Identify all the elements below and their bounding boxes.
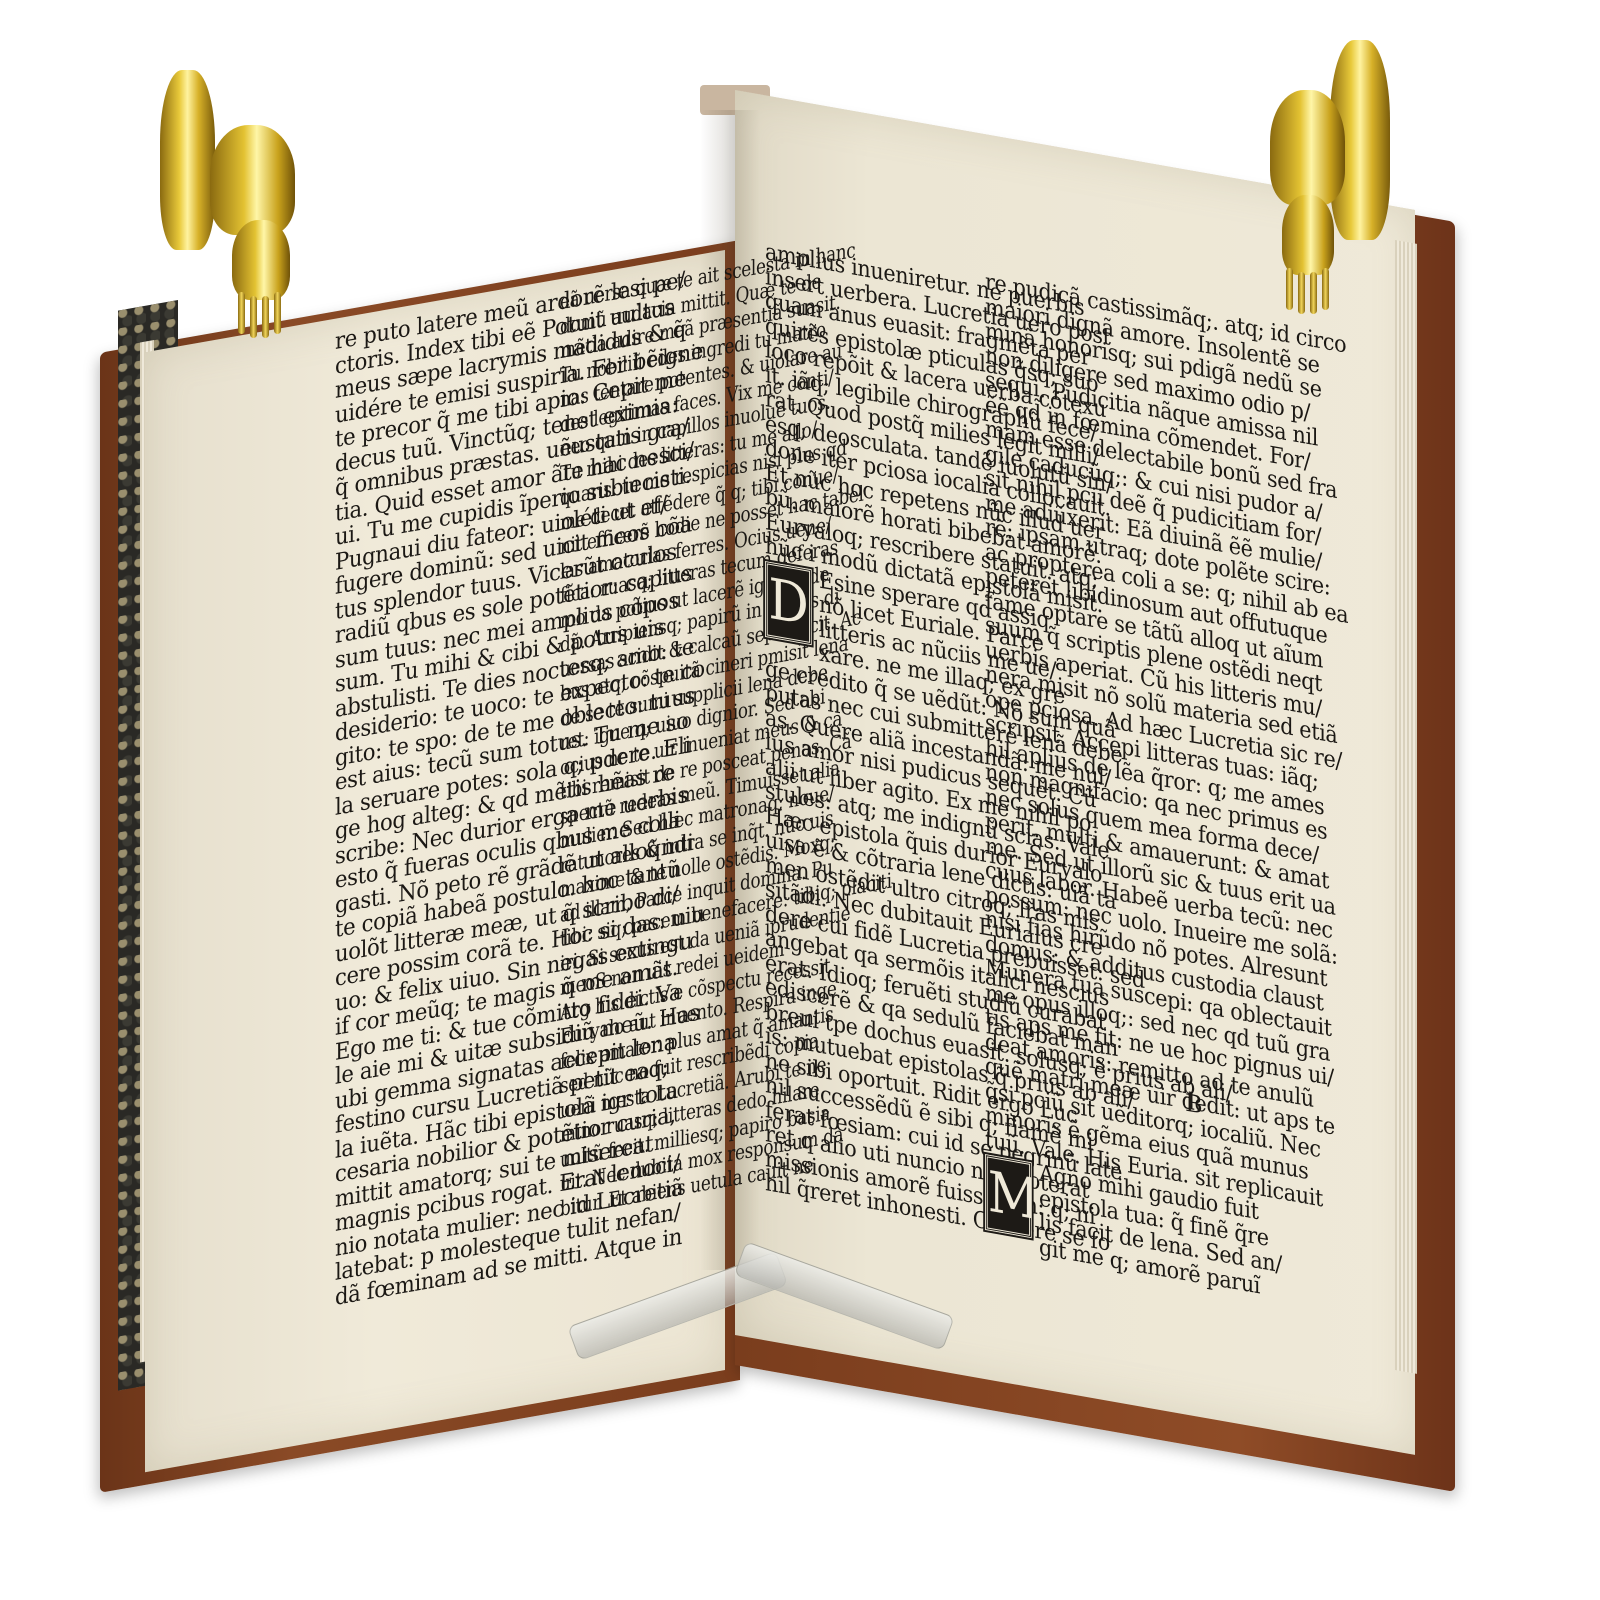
- clip-finger: [1310, 272, 1317, 314]
- clip-finger: [1322, 268, 1329, 310]
- brass-hand-clip-left: [140, 60, 310, 360]
- clip-hand: [1282, 195, 1334, 275]
- clip-finger: [1286, 268, 1293, 310]
- clip-finger: [238, 292, 245, 334]
- woodcut-initial-d: D: [765, 561, 812, 645]
- left-page-column-1: re puto latere meũ ardorẽ lesi pe/ ctori…: [335, 296, 528, 1310]
- clip-cuff: [1270, 90, 1345, 205]
- clip-finger: [1298, 272, 1305, 314]
- clip-hand: [232, 220, 290, 300]
- signature-mark: B: [1185, 1088, 1203, 1119]
- clip-cuff: [210, 125, 295, 235]
- right-page-column-1: amplius inueniretur. ne puerbis insert u…: [765, 240, 954, 1229]
- stand-arm-right: [734, 1241, 955, 1351]
- clip-stem: [160, 70, 215, 250]
- left-page-column-2: eã uersa quæ te ait scelesta in hanc dom…: [560, 265, 704, 1221]
- clip-finger: [274, 292, 281, 334]
- woodcut-initial-m: M: [985, 1154, 1032, 1238]
- brass-hand-clip-right: [1270, 30, 1420, 330]
- page-edges-right: [1395, 240, 1417, 1374]
- right-page-column-2: re pudicã castissimãq;. atq; id circo ma…: [985, 270, 1192, 1286]
- clip-finger: [250, 296, 257, 338]
- clip-finger: [262, 296, 269, 338]
- photo-scene: re puto latere meũ ardorẽ lesi pe/ ctori…: [0, 0, 1600, 1600]
- acrylic-book-stand: [540, 1230, 960, 1340]
